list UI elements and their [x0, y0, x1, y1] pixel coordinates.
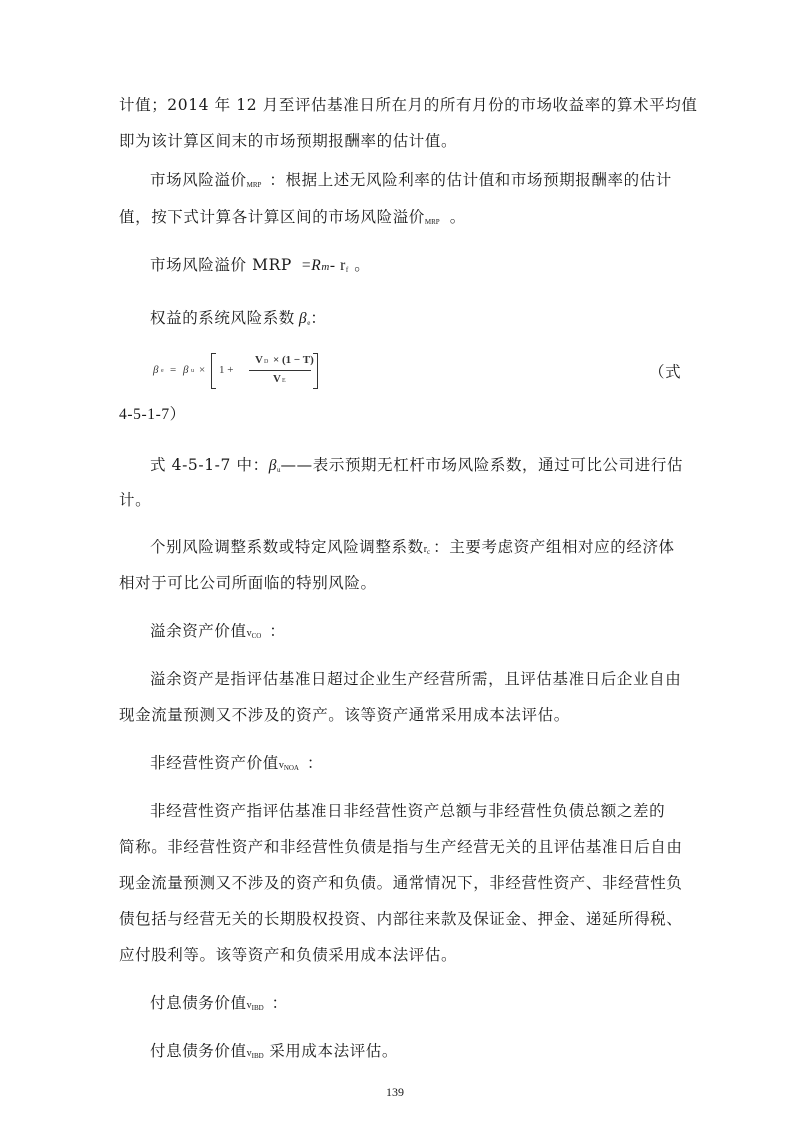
subscript: MRP: [247, 181, 262, 189]
text: 付息债务价值: [150, 994, 247, 1012]
subscript: IBD: [252, 1004, 264, 1012]
right-bracket: [313, 353, 318, 389]
subscript: m: [321, 261, 330, 273]
subscript: u: [191, 368, 194, 374]
subscript: CO: [252, 632, 262, 640]
symbol: R: [311, 257, 321, 274]
symbol: V: [273, 373, 281, 385]
formula-label: （式: [649, 362, 681, 382]
subscript: f: [346, 266, 348, 274]
text: 付息债务价值: [150, 1042, 247, 1060]
text: ：: [272, 994, 288, 1012]
heading-line: 付息债务价值vIBD：: [150, 993, 288, 1018]
text: ：主要考虑资产组相对应的经济体: [433, 538, 675, 556]
times: ×: [199, 364, 205, 376]
text: 采用成本法评估。: [264, 1042, 398, 1060]
paragraph-line: 付息债务价值vIBD 采用成本法评估。: [150, 1041, 398, 1066]
symbol: - r: [330, 257, 346, 274]
subscript: E: [282, 378, 286, 384]
paragraph-line: 简称。非经营性资产和非经营性负债是指与生产经营无关的且评估基准日后自由: [119, 837, 683, 857]
subscript: MRP: [425, 218, 440, 226]
paragraph-line: 式 4-5-1-7 中：βu——表示预期无杠杆市场风险系数，通过可比公司进行估: [150, 455, 683, 480]
text: 个别风险调整系数或特定风险调整系数: [150, 538, 424, 556]
text: ——表示预期无杠杆市场风险系数，通过可比公司进行估: [281, 456, 684, 474]
text: ：: [307, 754, 323, 772]
equals: =: [302, 257, 311, 274]
text: 权益的系统风险系数: [150, 309, 295, 327]
text: 市场风险溢价: [150, 171, 247, 189]
symbol: V: [255, 354, 263, 366]
text: ：: [269, 622, 285, 640]
heading-line: 溢余资产价值vCO：: [150, 621, 285, 646]
text: ：根据上述无风险利率的估计值和市场预期报酬率的估计: [269, 171, 672, 189]
heading-line: 非经营性资产价值vNOA：: [150, 753, 323, 778]
paragraph-line: 个别风险调整系数或特定风险调整系数rc：主要考虑资产组相对应的经济体: [150, 537, 675, 562]
paragraph-line: 计值；2014 年 12 月至评估基准日所在月的所有月份的市场收益率的算术平均值: [119, 95, 697, 115]
beta-symbol: β: [269, 457, 277, 474]
text: 溢余资产价值: [150, 622, 247, 640]
paragraph-line: 现金流量预测又不涉及的资产和负债。通常情况下，非经营性资产、非经营性负: [119, 873, 683, 893]
text: 非经营性资产价值: [150, 754, 279, 772]
paragraph-line: 相对于可比公司所面临的特别风险。: [119, 573, 377, 593]
left-bracket: [211, 353, 216, 389]
text: 1 +: [219, 364, 233, 376]
subscript: NOA: [284, 764, 299, 772]
text: 式 4-5-1-7 中：: [150, 456, 269, 474]
mrp-equation: 市场风险溢价 MRP=Rm- rf。: [150, 255, 370, 280]
text: 值，按下式计算各计算区间的市场风险溢价: [119, 208, 425, 226]
paragraph-line: 债包括与经营无关的长期股权投资、内部往来款及保证金、押金、递延所得税、: [119, 909, 683, 929]
subscript: e: [161, 368, 164, 374]
paragraph-line: 市场风险溢价MRP：根据上述无风险利率的估计值和市场预期报酬率的估计: [150, 170, 672, 195]
fraction-bar: [249, 370, 311, 371]
text: × (1 − T): [273, 354, 314, 366]
beta-symbol: β: [153, 364, 158, 376]
text: ：: [310, 309, 326, 327]
text: 。: [354, 256, 370, 274]
beta-symbol: β: [183, 364, 188, 376]
paragraph-line: 非经营性资产指评估基准日非经营性资产总额与非经营性负债总额之差的: [150, 801, 665, 821]
subscript: IBD: [252, 1052, 264, 1060]
subscript: c: [427, 548, 430, 556]
text: 市场风险溢价 MRP: [150, 256, 292, 274]
beta-symbol: β: [299, 310, 307, 327]
subscript: D: [264, 359, 268, 365]
paragraph-line: 即为该计算区间末的市场预期报酬率的估计值。: [119, 131, 457, 151]
text: 。: [450, 208, 466, 226]
equals: =: [170, 364, 176, 376]
paragraph-line: 权益的系统风险系数βe：: [150, 308, 326, 333]
paragraph-line: 值，按下式计算各计算区间的市场风险溢价MRP。: [119, 207, 466, 232]
paragraph-line: 应付股利等。该等资产和负债采用成本法评估。: [119, 945, 457, 965]
paragraph-line: 现金流量预测又不涉及的资产。该等资产通常采用成本法评估。: [119, 705, 570, 725]
formula-label: 4-5-1-7）: [119, 405, 186, 425]
paragraph-line: 溢余资产是指评估基准日超过企业生产经营所需，且评估基准日后企业自由: [150, 669, 681, 689]
paragraph-line: 计。: [119, 490, 151, 510]
page-number: 139: [386, 1085, 404, 1100]
